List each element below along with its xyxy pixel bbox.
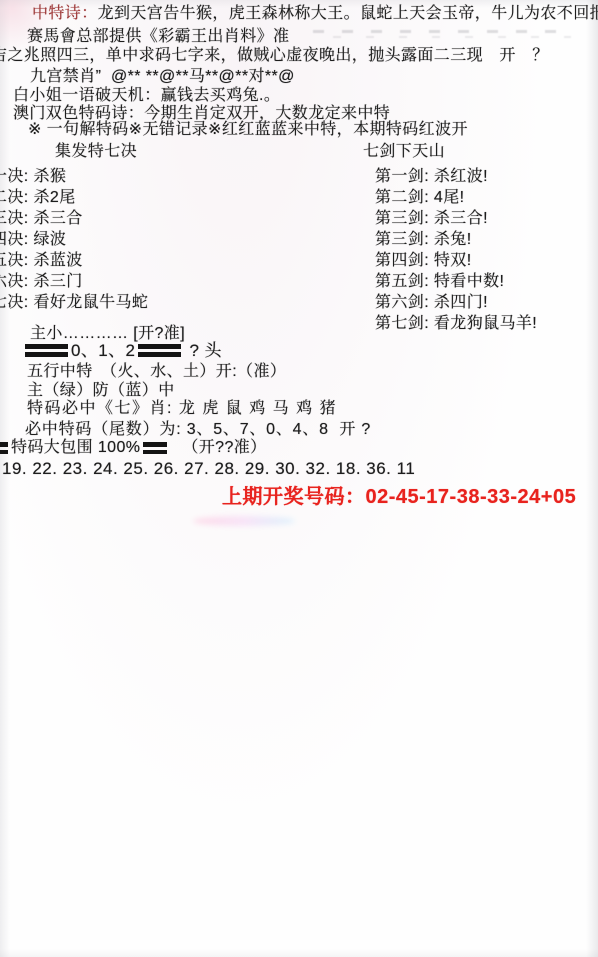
tips-row: 七决: 看好龙鼠牛马蛇 第六剑: 杀四门! — [0, 289, 598, 310]
wuxing-line: 五行中特 （火、水、土）开:（准） — [27, 362, 286, 381]
baixiaojie-line: 白小姐一语破天机：赢钱去买鸡兔.。 — [13, 86, 280, 105]
right-sword-tip: 第二剑: 4尾! — [375, 184, 464, 207]
tips-row: 一决: 杀猴 第一剑: 杀红波! — [0, 163, 598, 184]
right-sword-tip: 第六剑: 杀四门! — [375, 289, 488, 312]
left-tip: 七决: 看好龙鼠牛马蛇 — [0, 289, 148, 312]
right-sword-tip: 第四剑: 特双! — [375, 247, 472, 270]
right-column-title: 七剑下天山 — [363, 142, 445, 161]
head-question: ? 头 — [184, 341, 222, 360]
faded-ink-smudge — [193, 516, 295, 526]
verse-line: 吉之兆照四三，单中求码七字来，做贼心虚夜晚出，抛头露面二三现 开 ？ — [0, 46, 549, 65]
tips-row: 四决: 绿波 第三剑: 杀兔! — [0, 226, 598, 247]
color-wave-line: 主（绿）防（蓝）中 — [27, 381, 175, 400]
tips-row: 二决: 杀2尾 第二剑: 4尾! — [0, 184, 598, 205]
tips-row: 五决: 杀蓝波 第四剑: 特双! — [0, 247, 598, 268]
baowei-line: 特码大包围 100% （开??准） — [0, 438, 267, 457]
seven-zodiac-line: 特码必中《七》肖: 龙 虎 鼠 鸡 马 鸡 猪 — [27, 399, 337, 418]
baowei-text: 特码大包围 100% — [11, 438, 140, 457]
left-tip: 一决: 杀猴 — [0, 163, 66, 186]
black-bar — [143, 442, 167, 454]
jiema-line: ※ 一句解特码※无错记录※红红蓝蓝来中特，本期特码红波开 — [28, 120, 468, 139]
right-sword-tip: 第五剑: 特看中数! — [375, 268, 504, 291]
right-sword-tip: 第三剑: 杀三合! — [375, 205, 488, 228]
tips-row: 三决: 杀三合 第三剑: 杀三合! — [0, 205, 598, 226]
black-bar — [138, 344, 181, 357]
zhongte-poem-label: 中特诗： — [32, 5, 98, 22]
left-column-title: 集发特七决 — [55, 142, 137, 161]
right-sword-tip: 第三剑: 杀兔! — [375, 226, 472, 249]
tail-numbers-line: 必中特码（尾数）为: 3、5、7、0、4、8 开 ? — [25, 420, 371, 439]
tips-row: 六决: 杀三门 第五剑: 特看中数! — [0, 268, 598, 289]
head-digits: 0、1、2 — [71, 341, 135, 360]
left-tip: 六决: 杀三门 — [0, 268, 83, 291]
lottery-tip-sheet: 中特诗：龙到天宫告牛猴，虎王森林称大王。鼠蛇上天会玉帝，牛儿为农不回报。 赛馬會… — [0, 0, 598, 957]
right-sword-tip: 第七剑: 看龙狗鼠马羊! — [375, 310, 537, 333]
black-bar — [25, 344, 68, 357]
baowei-result: （开??准） — [182, 438, 266, 457]
erased-text-smudge — [313, 30, 571, 38]
left-tip: 二决: 杀2尾 — [0, 184, 76, 207]
last-draw-result: 上期开奖号码：02-45-17-38-33-24+05 — [222, 488, 576, 507]
zhongte-poem-line: 中特诗：龙到天宫告牛猴，虎王森林称大王。鼠蛇上天会玉帝，牛儿为农不回报。 — [32, 4, 598, 23]
head-hint-line: 0、1、2 ? 头 — [25, 341, 222, 360]
right-sword-tip: 第一剑: 杀红波! — [375, 163, 488, 186]
jockey-club-line: 赛馬會总部提供《彩霸王出肖料》准 — [27, 27, 289, 46]
left-tip: 五决: 杀蓝波 — [0, 247, 83, 270]
left-tip: 三决: 杀三合 — [0, 205, 83, 228]
black-bar — [0, 442, 8, 454]
covered-numbers-line: 19. 22. 23. 24. 25. 26. 27. 28. 29. 30. … — [2, 459, 415, 478]
zhongte-poem-text: 龙到天宫告牛猴，虎王森林称大王。鼠蛇上天会玉帝，牛儿为农不回报。 — [98, 5, 598, 22]
jiugong-jinxiao-line: 九宫禁肖” @** **@**马**@**对**@ — [30, 67, 295, 86]
left-tip: 四决: 绿波 — [0, 226, 66, 249]
